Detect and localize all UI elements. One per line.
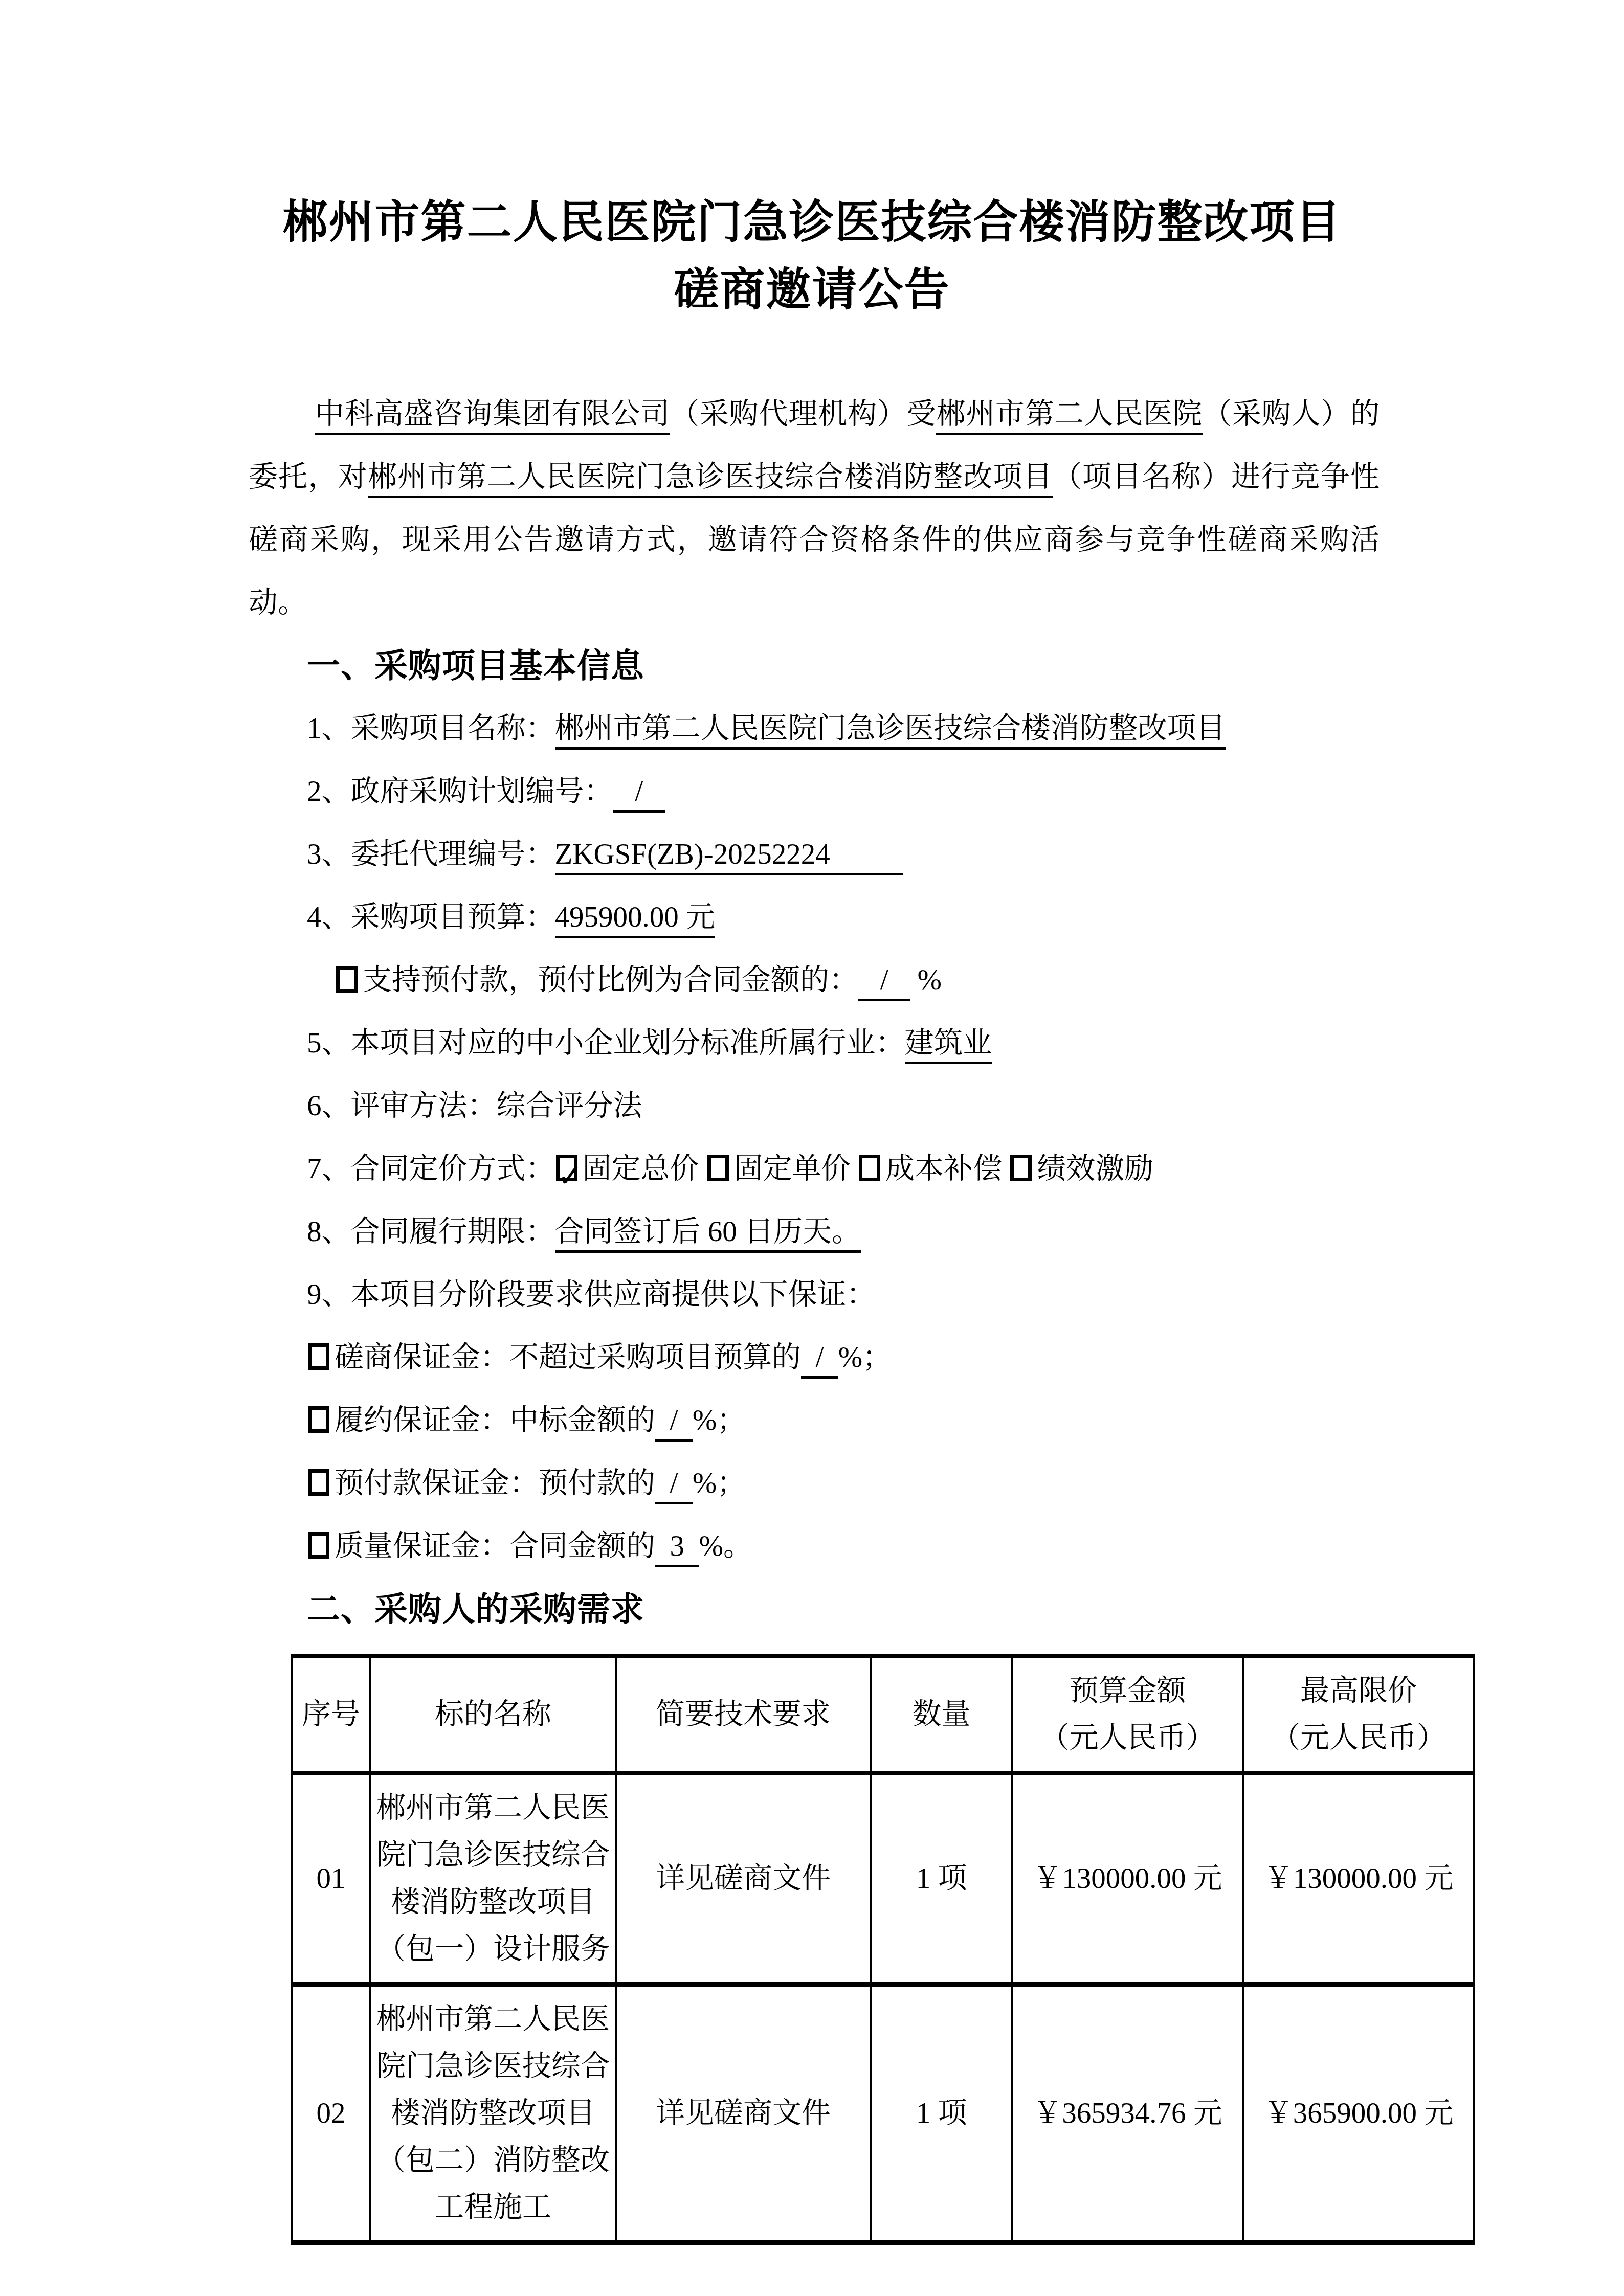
section1-items: 1、采购项目名称：郴州市第二人民医院门急诊医技综合楼消防整改项目 2、政府采购计…: [307, 697, 1624, 1578]
text-run: %；: [693, 1404, 746, 1436]
text-run: 7、合同定价方式：: [307, 1153, 555, 1185]
item-project-budget: 4、采购项目预算：495900.00 元: [307, 886, 1624, 949]
table-cell: ￥365900.00 元: [1243, 1985, 1474, 2243]
text-run: 质量保证金：合同金额的: [335, 1530, 655, 1562]
section2-heading: 二、采购人的采购需求: [307, 1578, 1624, 1640]
underlined-text: 郴州市第二人民医院: [936, 398, 1202, 435]
text-run: %: [910, 964, 942, 996]
underlined-text: 郴州市第二人民医院门急诊医技综合楼消防整改项目: [368, 461, 1053, 498]
underlined-text: 495900.00 元: [555, 901, 716, 938]
item-negotiation-deposit: 磋商保证金：不超过采购项目预算的 / %；: [307, 1326, 1624, 1389]
checkbox-empty-icon: [1010, 1155, 1032, 1181]
underlined-text: 郴州市第二人民医院门急诊医技综合楼消防整改项目: [555, 712, 1226, 750]
item-industry: 5、本项目对应的中小企业划分标准所属行业：建筑业: [307, 1011, 1624, 1074]
checkbox-empty-icon: [308, 1532, 329, 1559]
table-row: 01郴州市第二人民医 院门急诊医技综合 楼消防整改项目 （包一）设计服务详见磋商…: [292, 1773, 1474, 1985]
checkbox-checked-icon: [556, 1155, 577, 1181]
table-cell: 详见磋商文件: [616, 1985, 871, 2243]
table-cell: 01: [292, 1773, 370, 1985]
requirements-table-body: 01郴州市第二人民医 院门急诊医技综合 楼消防整改项目 （包一）设计服务详见磋商…: [292, 1773, 1474, 2243]
text-run: 9、本项目分阶段要求供应商提供以下保证：: [307, 1278, 876, 1311]
section1-heading: 一、采购项目基本信息: [307, 634, 1624, 697]
table-cell: 郴州市第二人民医 院门急诊医技综合 楼消防整改项目 （包一）设计服务: [370, 1773, 616, 1985]
item-guarantee-intro: 9、本项目分阶段要求供应商提供以下保证：: [307, 1263, 1624, 1326]
table-row: 02郴州市第二人民医 院门急诊医技综合 楼消防整改项目 （包二）消防整改 工程施…: [292, 1985, 1474, 2243]
requirements-table: 序号标的名称简要技术要求数量预算金额 （元人民币）最高限价 （元人民币） 01郴…: [291, 1654, 1475, 2245]
underlined-text: /: [858, 964, 910, 1001]
text-run: 4、采购项目预算：: [307, 901, 555, 933]
intro-paragraph: 中科高盛咨询集团有限公司（采购代理机构）受郴州市第二人民医院（采购人）的委托，对…: [249, 382, 1380, 634]
underlined-text: ZKGSF(ZB)-20252224: [555, 838, 903, 875]
checkbox-empty-icon: [336, 966, 358, 993]
text-run: 固定单价: [734, 1153, 858, 1185]
table-cell: ￥365934.76 元: [1012, 1985, 1243, 2243]
underlined-text: 中科高盛咨询集团有限公司: [315, 398, 670, 435]
checkbox-empty-icon: [707, 1155, 729, 1181]
item-performance-deposit: 履约保证金：中标金额的 / %；: [307, 1389, 1624, 1452]
table-header-cell: 数量: [871, 1656, 1012, 1773]
underlined-text: 3: [655, 1530, 699, 1567]
text-run: 磋商保证金：不超过采购项目预算的: [335, 1341, 801, 1374]
table-cell: 1 项: [871, 1985, 1012, 2243]
text-run: %；: [693, 1467, 746, 1499]
text-run: （采购代理机构）受: [670, 398, 936, 430]
text-run: 支持预付款，预付比例为合同金额的：: [363, 964, 858, 996]
item-project-name: 1、采购项目名称：郴州市第二人民医院门急诊医技综合楼消防整改项目: [307, 697, 1624, 760]
text-run: 1、采购项目名称：: [307, 712, 555, 745]
checkbox-empty-icon: [308, 1469, 329, 1496]
item-prepayment-option: 支持预付款，预付比例为合同金额的： / %: [335, 949, 1624, 1011]
item-plan-number: 2、政府采购计划编号： /: [307, 760, 1624, 823]
text-run: 绩效激励: [1037, 1153, 1153, 1185]
underlined-text: /: [655, 1404, 693, 1442]
table-header-cell: 序号: [292, 1656, 370, 1773]
checkbox-empty-icon: [859, 1155, 880, 1181]
checkbox-empty-icon: [308, 1343, 329, 1370]
table-header-cell: 预算金额 （元人民币）: [1012, 1656, 1243, 1773]
text-run: 成本补偿: [885, 1153, 1009, 1185]
underlined-text: /: [655, 1467, 693, 1504]
table-header-cell: 标的名称: [370, 1656, 616, 1773]
item-review-method: 6、评审方法：综合评分法: [307, 1074, 1624, 1137]
underlined-text: 建筑业: [905, 1027, 992, 1064]
document-page: 郴州市第二人民医院门急诊医技综合楼消防整改项目 磋商邀请公告 中科高盛咨询集团有…: [0, 0, 1624, 2296]
text-run: 预付款保证金：预付款的: [335, 1467, 655, 1499]
underlined-text: 合同签订后 60 日历天。: [555, 1215, 861, 1253]
table-cell: ￥130000.00 元: [1012, 1773, 1243, 1985]
underlined-text: /: [613, 775, 665, 813]
underlined-text: /: [801, 1341, 838, 1379]
item-agency-number: 3、委托代理编号：ZKGSF(ZB)-20252224: [307, 823, 1624, 886]
text-run: 固定总价: [583, 1153, 706, 1185]
checkbox-empty-icon: [308, 1406, 329, 1433]
text-run: %。: [699, 1530, 752, 1562]
table-cell: 02: [292, 1985, 370, 2243]
text-run: 履约保证金：中标金额的: [335, 1404, 655, 1436]
item-contract-period: 8、合同履行期限：合同签订后 60 日历天。: [307, 1200, 1624, 1263]
text-run: 2、政府采购计划编号：: [307, 775, 613, 807]
text-run: 3、委托代理编号：: [307, 838, 555, 870]
text-run: 5、本项目对应的中小企业划分标准所属行业：: [307, 1027, 905, 1059]
text-run: 6、评审方法：综合评分法: [307, 1090, 642, 1122]
item-advance-deposit: 预付款保证金：预付款的 / %；: [307, 1452, 1624, 1515]
requirements-table-head: 序号标的名称简要技术要求数量预算金额 （元人民币）最高限价 （元人民币）: [292, 1656, 1474, 1773]
table-cell: 1 项: [871, 1773, 1012, 1985]
table-cell: ￥130000.00 元: [1243, 1773, 1474, 1985]
item-pricing-method: 7、合同定价方式：固定总价 固定单价 成本补偿 绩效激励: [307, 1137, 1624, 1200]
text-run: %；: [838, 1341, 892, 1374]
table-header-cell: 最高限价 （元人民币）: [1243, 1656, 1474, 1773]
item-quality-deposit: 质量保证金：合同金额的 3 %。: [307, 1515, 1624, 1578]
document-title-line2: 磋商邀请公告: [0, 256, 1624, 323]
table-header-cell: 简要技术要求: [616, 1656, 871, 1773]
table-header-row: 序号标的名称简要技术要求数量预算金额 （元人民币）最高限价 （元人民币）: [292, 1656, 1474, 1773]
table-cell: 详见磋商文件: [616, 1773, 871, 1985]
document-title-line1: 郴州市第二人民医院门急诊医技综合楼消防整改项目: [0, 188, 1624, 256]
table-cell: 郴州市第二人民医 院门急诊医技综合 楼消防整改项目 （包二）消防整改 工程施工: [370, 1985, 616, 2243]
text-run: 8、合同履行期限：: [307, 1215, 555, 1248]
